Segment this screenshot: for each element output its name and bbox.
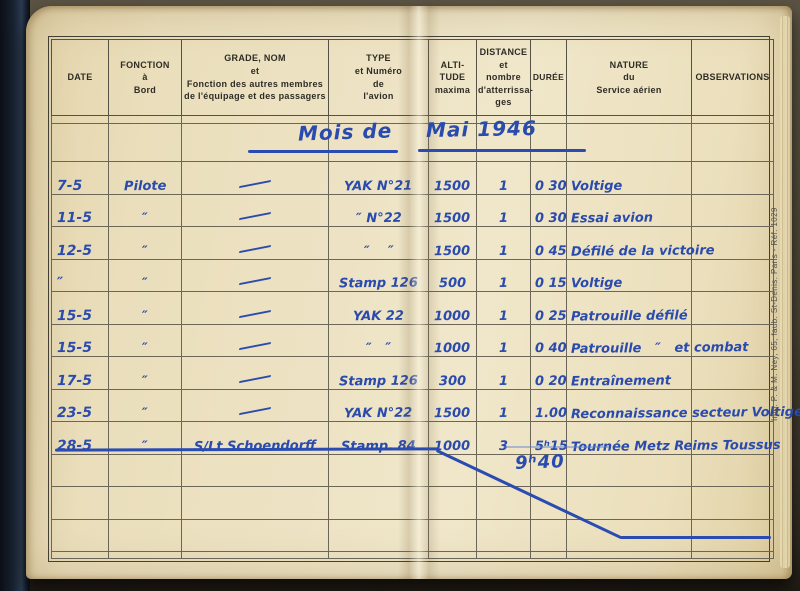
cell-text: S/Lt Schoendorff bbox=[194, 438, 316, 454]
cell-text: Patrouille défilé bbox=[571, 308, 688, 324]
month-spacer-row bbox=[52, 124, 774, 162]
column-header-distance: DISTANCE et nombre d'atterrissa- ges bbox=[477, 40, 531, 116]
ink-stroke: — bbox=[236, 333, 275, 358]
column-header-date: DATE bbox=[52, 40, 109, 116]
ink-faint-stroke bbox=[503, 446, 609, 448]
log-rows: 7-5Pilote—YAK N°21150010 30Voltige11-5″—… bbox=[52, 116, 774, 559]
column-header-grade-nom: GRADE, NOM et Fonction des autres membre… bbox=[182, 40, 329, 116]
cell-text: 11-5 bbox=[57, 210, 92, 226]
cell-text: Voltige bbox=[571, 276, 622, 292]
cell-text: 1000 bbox=[434, 308, 470, 323]
cell-text: 23-5 bbox=[57, 405, 92, 421]
cell-text: 1500 bbox=[434, 211, 470, 226]
log-entry-row: 12-5″—″ ″150010 45Défilé de la victoire bbox=[52, 227, 774, 260]
column-header-nature: NATURE du Service aérien bbox=[567, 40, 692, 116]
total-duration: 9ʰ40 bbox=[515, 451, 565, 474]
cell-text: YAK 22 bbox=[353, 308, 404, 324]
cell-text: 1 bbox=[499, 373, 508, 388]
log-entry-row: 17-5″—Stamp 12630010 20Entraînement bbox=[52, 357, 774, 390]
ink-stroke: — bbox=[236, 365, 275, 390]
cell-text: 0 20 bbox=[535, 373, 567, 388]
ink-stroke: — bbox=[236, 235, 275, 260]
column-header-fonction: FONCTION à Bord bbox=[109, 40, 182, 116]
cell-text: 1.00 bbox=[535, 406, 567, 421]
cell-text: 0 40 bbox=[535, 341, 567, 356]
ink-bottom-rule bbox=[620, 536, 771, 539]
cell-text: YAK N°21 bbox=[344, 178, 412, 194]
log-entry-row: 11-5″—″ N°22150010 30Essai avion bbox=[52, 194, 774, 227]
cell-text: 500 bbox=[439, 276, 466, 291]
cell-text: 7-5 bbox=[57, 177, 82, 193]
ink-stroke: — bbox=[236, 300, 275, 325]
cell-text: 15-5 bbox=[57, 340, 92, 356]
cell-text: ″ bbox=[57, 275, 63, 291]
cell-text: Stamp 126 bbox=[339, 276, 418, 292]
log-entry-row: 15-5″—YAK 22100010 25Patrouille défilé bbox=[52, 292, 774, 325]
cell-text: 0 45 bbox=[535, 243, 567, 258]
header-row: DATE FONCTION à Bord GRADE, NOM et Fonct… bbox=[52, 40, 774, 116]
empty-row bbox=[52, 454, 774, 487]
cell-text: Reconnaissance secteur Voltige bbox=[571, 405, 800, 422]
cell-text: 1500 bbox=[434, 406, 470, 421]
cell-text: Pilote bbox=[124, 178, 167, 193]
cell-text: 1 bbox=[499, 308, 508, 323]
cell-text: 1 bbox=[499, 211, 508, 226]
cell-text: Entraînement bbox=[571, 373, 671, 389]
column-header-observations: OBSERVATIONS bbox=[692, 40, 774, 116]
month-title-left: Mois de bbox=[298, 118, 393, 145]
cell-text: 0 15 bbox=[535, 276, 567, 291]
header-sub-row bbox=[52, 116, 774, 124]
cell-text: 1 bbox=[499, 178, 508, 193]
empty-row bbox=[52, 552, 774, 559]
log-entry-row: ″″—Stamp 12650010 15Voltige bbox=[52, 259, 774, 292]
cell-text: Voltige bbox=[571, 178, 622, 194]
cell-text: ″ N°22 bbox=[356, 211, 402, 226]
cell-text: Stamp 126 bbox=[339, 373, 418, 389]
cell-text: ″ bbox=[142, 276, 148, 291]
cell-text: Essai avion bbox=[571, 211, 653, 227]
cell-text: 0 25 bbox=[535, 308, 567, 323]
cell-text: 12-5 bbox=[57, 242, 92, 258]
cell-text: 1 bbox=[499, 406, 508, 421]
cell-text: 1500 bbox=[434, 178, 470, 193]
column-header-type-avion: TYPE et Numéro de l'avion bbox=[329, 40, 429, 116]
ink-stroke: — bbox=[236, 170, 275, 195]
cell-text: ″ bbox=[142, 243, 148, 258]
ink-stroke: — bbox=[236, 268, 275, 293]
cell-text: ″ bbox=[142, 211, 148, 226]
month-underline-right bbox=[418, 149, 586, 152]
ink-stroke: — bbox=[236, 398, 275, 423]
cell-text: 0 30 bbox=[535, 178, 567, 193]
cell-text: 1 bbox=[499, 341, 508, 356]
month-title-right: Mai 1946 bbox=[426, 116, 537, 142]
cell-text: 300 bbox=[439, 373, 466, 388]
cell-text: ″ bbox=[142, 373, 148, 388]
ink-stroke: — bbox=[236, 203, 275, 228]
cell-text: 0 30 bbox=[535, 211, 567, 226]
column-header-duree: DURÉE bbox=[531, 40, 567, 116]
cell-text: 1 bbox=[499, 276, 508, 291]
cell-text: YAK N°22 bbox=[344, 406, 412, 422]
cell-text: 1500 bbox=[434, 243, 470, 258]
log-entry-row: 23-5″—YAK N°22150011.00Reconnaissance se… bbox=[52, 389, 774, 422]
printer-credit: Imp. P. & M. Ney, 65, faub. St-Denis. Pa… bbox=[770, 134, 784, 494]
empty-row bbox=[52, 487, 774, 520]
cell-text: 15-5 bbox=[57, 307, 92, 323]
cell-text: 1 bbox=[499, 243, 508, 258]
month-underline-left bbox=[248, 150, 398, 153]
cell-text: ″ bbox=[142, 406, 148, 421]
cell-text: ″ bbox=[142, 341, 148, 356]
cell-text: ″ ″ bbox=[366, 341, 391, 356]
cell-text: 1000 bbox=[434, 341, 470, 356]
log-entry-row: 15-5″—″ ″100010 40Patrouille ″ et combat bbox=[52, 324, 774, 357]
cell-text: ″ bbox=[142, 308, 148, 323]
cell-text: Défilé de la victoire bbox=[571, 243, 715, 260]
flight-log-table: DATE FONCTION à Bord GRADE, NOM et Fonct… bbox=[48, 36, 770, 562]
cell-text: Patrouille ″ et combat bbox=[571, 340, 749, 357]
log-entry-row: 7-5Pilote—YAK N°21150010 30Voltige bbox=[52, 162, 774, 195]
logbook-scan: DATE FONCTION à Bord GRADE, NOM et Fonct… bbox=[0, 0, 800, 591]
logbook-page-spread: DATE FONCTION à Bord GRADE, NOM et Fonct… bbox=[26, 6, 792, 579]
cell-text: 17-5 bbox=[57, 372, 92, 388]
cell-text: ″ ″ bbox=[364, 243, 394, 258]
cell-text: Stamp. 84 bbox=[341, 438, 416, 454]
column-header-altitude: ALTI- TUDE maxima bbox=[429, 40, 477, 116]
